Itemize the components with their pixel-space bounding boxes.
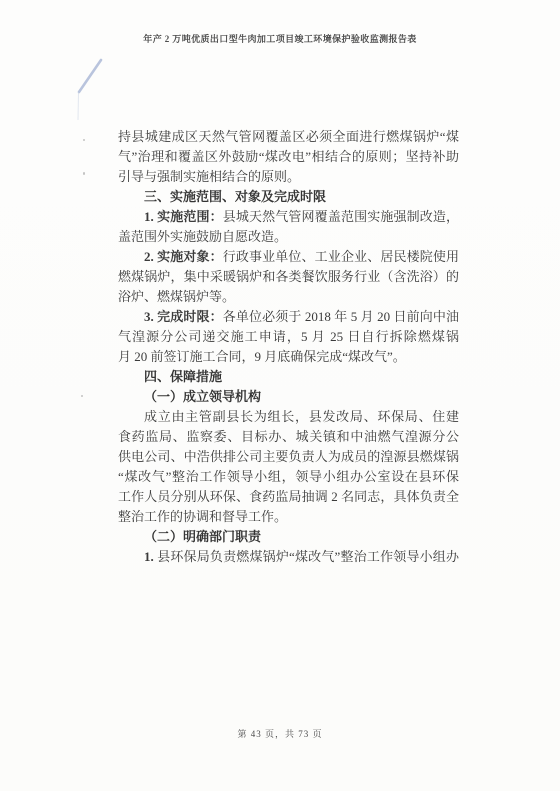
scan-speck [83,172,85,175]
line-text: 供电公司、中浩供排公司主要负责人为成员的湟源县燃煤锅炉 [118,449,459,467]
text-line: 成立由主管副县长为组长，县发改局、环保局、住建局、 [118,407,459,427]
text-line: 持县城建成区天然气管网覆盖区必须全面进行燃煤锅炉“煤改 [118,127,459,147]
line-text: 燃煤锅炉，集中采暖锅炉和各类餐饮服务行业（含洗浴）的茶 [118,269,459,287]
text-line: “煤改气”整治工作领导小组，领导小组办公室设在县环保局， [118,467,459,487]
sub-heading: （一）成立领导机构 [118,387,459,407]
text-line: 供电公司、中浩供排公司主要负责人为成员的湟源县燃煤锅炉 [118,447,459,467]
line-text: 盖范围外实施鼓励自愿改造。 [118,229,287,244]
line-text: 月 20 前签订施工合同，9 月底确保完成“煤改气”。 [118,349,406,364]
scan-speck [83,139,85,141]
line-text: 气湟源分公司递交施工申请，5 月 25 日自行拆除燃煤锅炉，6 [118,329,459,347]
text-line: 燃煤锅炉，集中采暖锅炉和各类餐饮服务行业（含洗浴）的茶 [118,267,459,287]
line-text: 气”治理和覆盖区外鼓励“煤改电”相结合的原则；坚持补助 [118,149,459,164]
document-body: 持县城建成区天然气管网覆盖区必须全面进行燃煤锅炉“煤改 气”治理和覆盖区外鼓励“… [118,127,459,567]
run-in-label: 2. 实施对象： [144,249,223,264]
text-line: 浴炉、燃煤锅炉等。 [118,287,459,307]
line-text: 整治工作的协调和督导工作。 [118,509,287,524]
scan-speck [81,395,83,397]
line-text: 成立由主管副县长为组长，县发改局、环保局、住建局、 [144,409,459,427]
text-line: 工作人员分别从环保、食药监局抽调 2 名同志，具体负责全县 [118,487,459,507]
text-line: 2. 实施对象：行政事业单位、工业企业、居民楼院使用的 [118,247,459,267]
text-line: 1. 实施范围：县城天然气管网覆盖范围实施强制改造，覆 [118,207,459,227]
line-text: 三、实施范围、对象及完成时限 [144,189,326,204]
line-text: 持县城建成区天然气管网覆盖区必须全面进行燃煤锅炉“煤改 [118,129,459,147]
text-line: 1. 县环保局负责燃煤锅炉“煤改气”整治工作领导小组办 [118,547,459,567]
scanned-document-page: 年产 2 万吨优质出口型牛肉加工项目竣工环境保护验收监测报告表 持县城建成区天然… [0,0,560,791]
line-text: 食药监局、监察委、目标办、城关镇和中油燃气湟源分公司、 [118,429,459,447]
text-line: 3. 完成时限：各单位必须于 2018 年 5 月 20 日前向中油燃 [118,307,459,327]
line-text: 浴炉、燃煤锅炉等。 [118,289,235,304]
line-text: 县环保局负责燃煤锅炉“煤改气”整治工作领导小组办 [157,549,459,564]
text-line: 整治工作的协调和督导工作。 [118,507,459,527]
line-text: 四、保障措施 [144,369,222,384]
run-in-label: 1. 实施范围： [144,209,223,224]
line-text: （一）成立领导机构 [144,389,261,404]
sub-heading: （二）明确部门职责 [118,527,459,547]
text-line: 月 20 前签订施工合同，9 月底确保完成“煤改气”。 [118,347,459,367]
line-text: “煤改气”整治工作领导小组，领导小组办公室设在县环保局， [118,469,459,487]
run-in-label: 3. 完成时限： [144,309,223,324]
text-line: 食药监局、监察委、目标办、城关镇和中油燃气湟源分公司、 [118,427,459,447]
pen-mark-artifact [70,52,110,127]
line-text: 工作人员分别从环保、食药监局抽调 2 名同志，具体负责全县 [118,489,459,507]
run-in-label: 1. [144,549,157,564]
text-line: 气”治理和覆盖区外鼓励“煤改电”相结合的原则；坚持补助 [118,147,459,167]
line-text: 引导与强制实施相结合的原则。 [118,169,300,184]
text-line: 引导与强制实施相结合的原则。 [118,167,459,187]
text-line: 气湟源分公司递交施工申请，5 月 25 日自行拆除燃煤锅炉，6 [118,327,459,347]
text-line: 盖范围外实施鼓励自愿改造。 [118,227,459,247]
page-title: 年产 2 万吨优质出口型牛肉加工项目竣工环境保护验收监测报告表 [0,32,560,45]
page-number: 第 43 页，共 73 页 [0,727,560,740]
line-text: （二）明确部门职责 [144,529,261,544]
section-heading: 四、保障措施 [118,367,459,387]
section-heading: 三、实施范围、对象及完成时限 [118,187,459,207]
